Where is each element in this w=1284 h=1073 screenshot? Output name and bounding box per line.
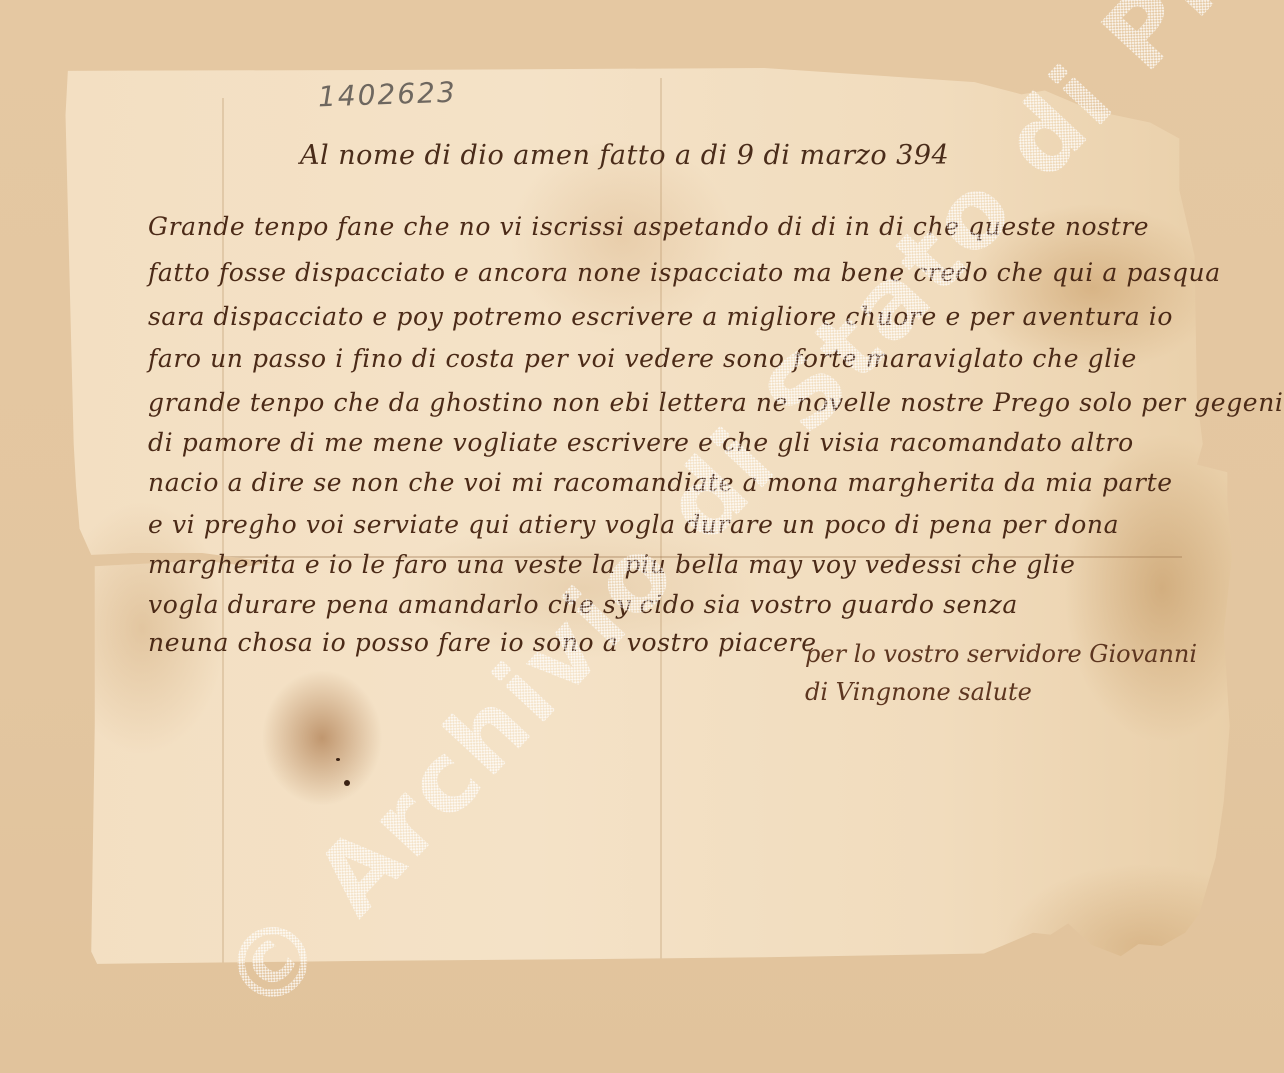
letter-line-4: faro un passo i fino di costa per voi ve… — [148, 344, 1137, 373]
signature-line-2: di Vingnone salute — [805, 673, 1197, 711]
letter-line-2: fatto fosse dispacciato e ancora none is… — [148, 258, 1221, 287]
letter-dateline: Al nome di dio amen fatto a di 9 di marz… — [300, 140, 949, 171]
letter-line-11: neuna chosa io posso fare io sono a vost… — [148, 628, 817, 657]
letter-line-3: sara dispacciato e poy potremo escrivere… — [148, 302, 1173, 331]
signature-line-1: per lo vostro servidore Giovanni — [805, 635, 1197, 673]
ink-spot — [336, 758, 340, 761]
letter-signature: per lo vostro servidore Giovanni di Ving… — [805, 635, 1197, 711]
archive-catalog-number: 1402623 — [317, 76, 457, 114]
letter-line-6: di pamore di me mene vogliate escrivere … — [148, 428, 1134, 457]
ink-spot — [344, 780, 350, 786]
